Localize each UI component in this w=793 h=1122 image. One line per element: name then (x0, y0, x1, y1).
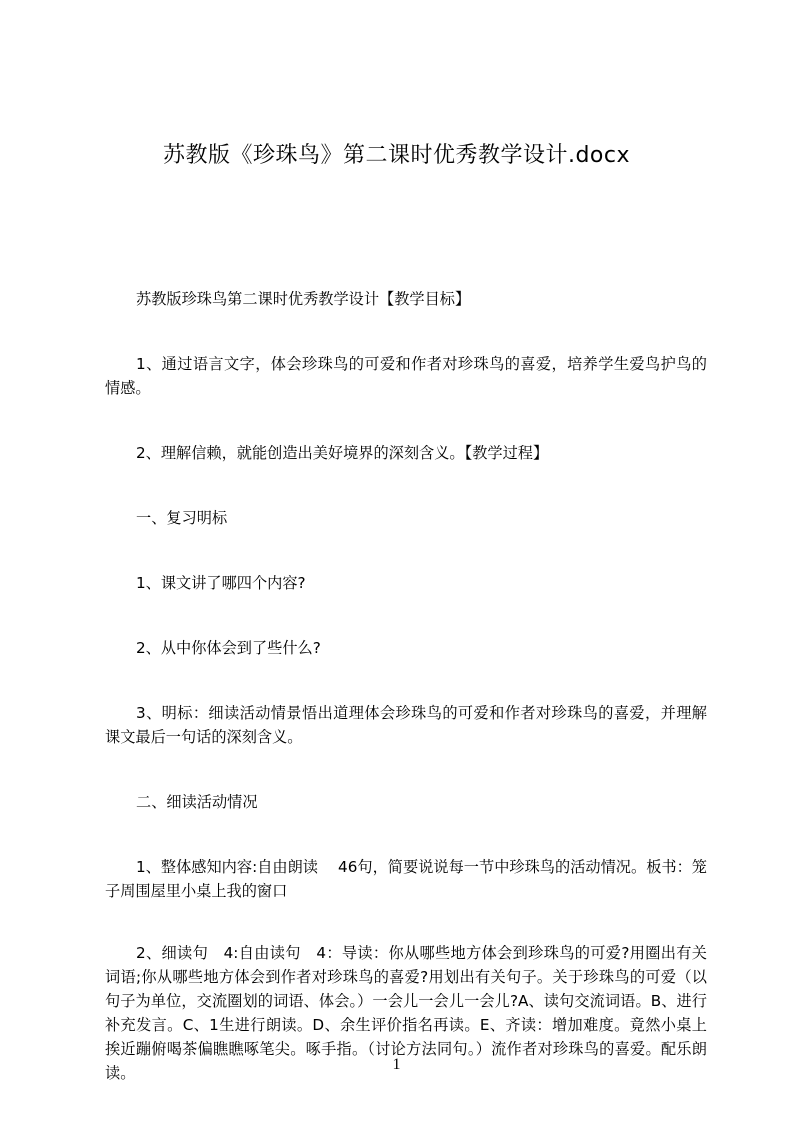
document-title: 苏教版《珍珠鸟》第二课时优秀教学设计.docx (0, 138, 793, 174)
page-number: 1 (0, 1055, 793, 1075)
paragraph-question-1: 1、课文讲了哪四个内容? (105, 571, 707, 595)
paragraph-goal-statement: 3、明标：细读活动情景悟出道理体会珍珠鸟的可爱和作者对珍珠鸟的喜爱，并理解课文最… (105, 701, 707, 749)
paragraph-objective-1: 1、通过语言文字，体会珍珠鸟的可爱和作者对珍珠鸟的喜爱，培养学生爱鸟护鸟的情感。 (105, 352, 707, 400)
document-body: 苏教版珍珠鸟第二课时优秀教学设计【教学目标】 1、通过语言文字，体会珍珠鸟的可爱… (105, 287, 707, 1085)
paragraph-objective-2: 2、理解信赖，就能创造出美好境界的深刻含义。【教学过程】 (105, 441, 707, 465)
paragraph-question-2: 2、从中你体会到了些什么? (105, 636, 707, 660)
paragraph-section-close-reading: 二、细读活动情况 (105, 790, 707, 814)
paragraph-section-review: 一、复习明标 (105, 506, 707, 530)
paragraph-step-1: 1、整体感知内容:自由朗读 46句，简要说说每一节中珍珠鸟的活动情况。板书：笼子… (105, 855, 707, 903)
paragraph-heading-objectives: 苏教版珍珠鸟第二课时优秀教学设计【教学目标】 (105, 287, 707, 311)
document-page: 苏教版《珍珠鸟》第二课时优秀教学设计.docx 苏教版珍珠鸟第二课时优秀教学设计… (0, 0, 793, 1122)
